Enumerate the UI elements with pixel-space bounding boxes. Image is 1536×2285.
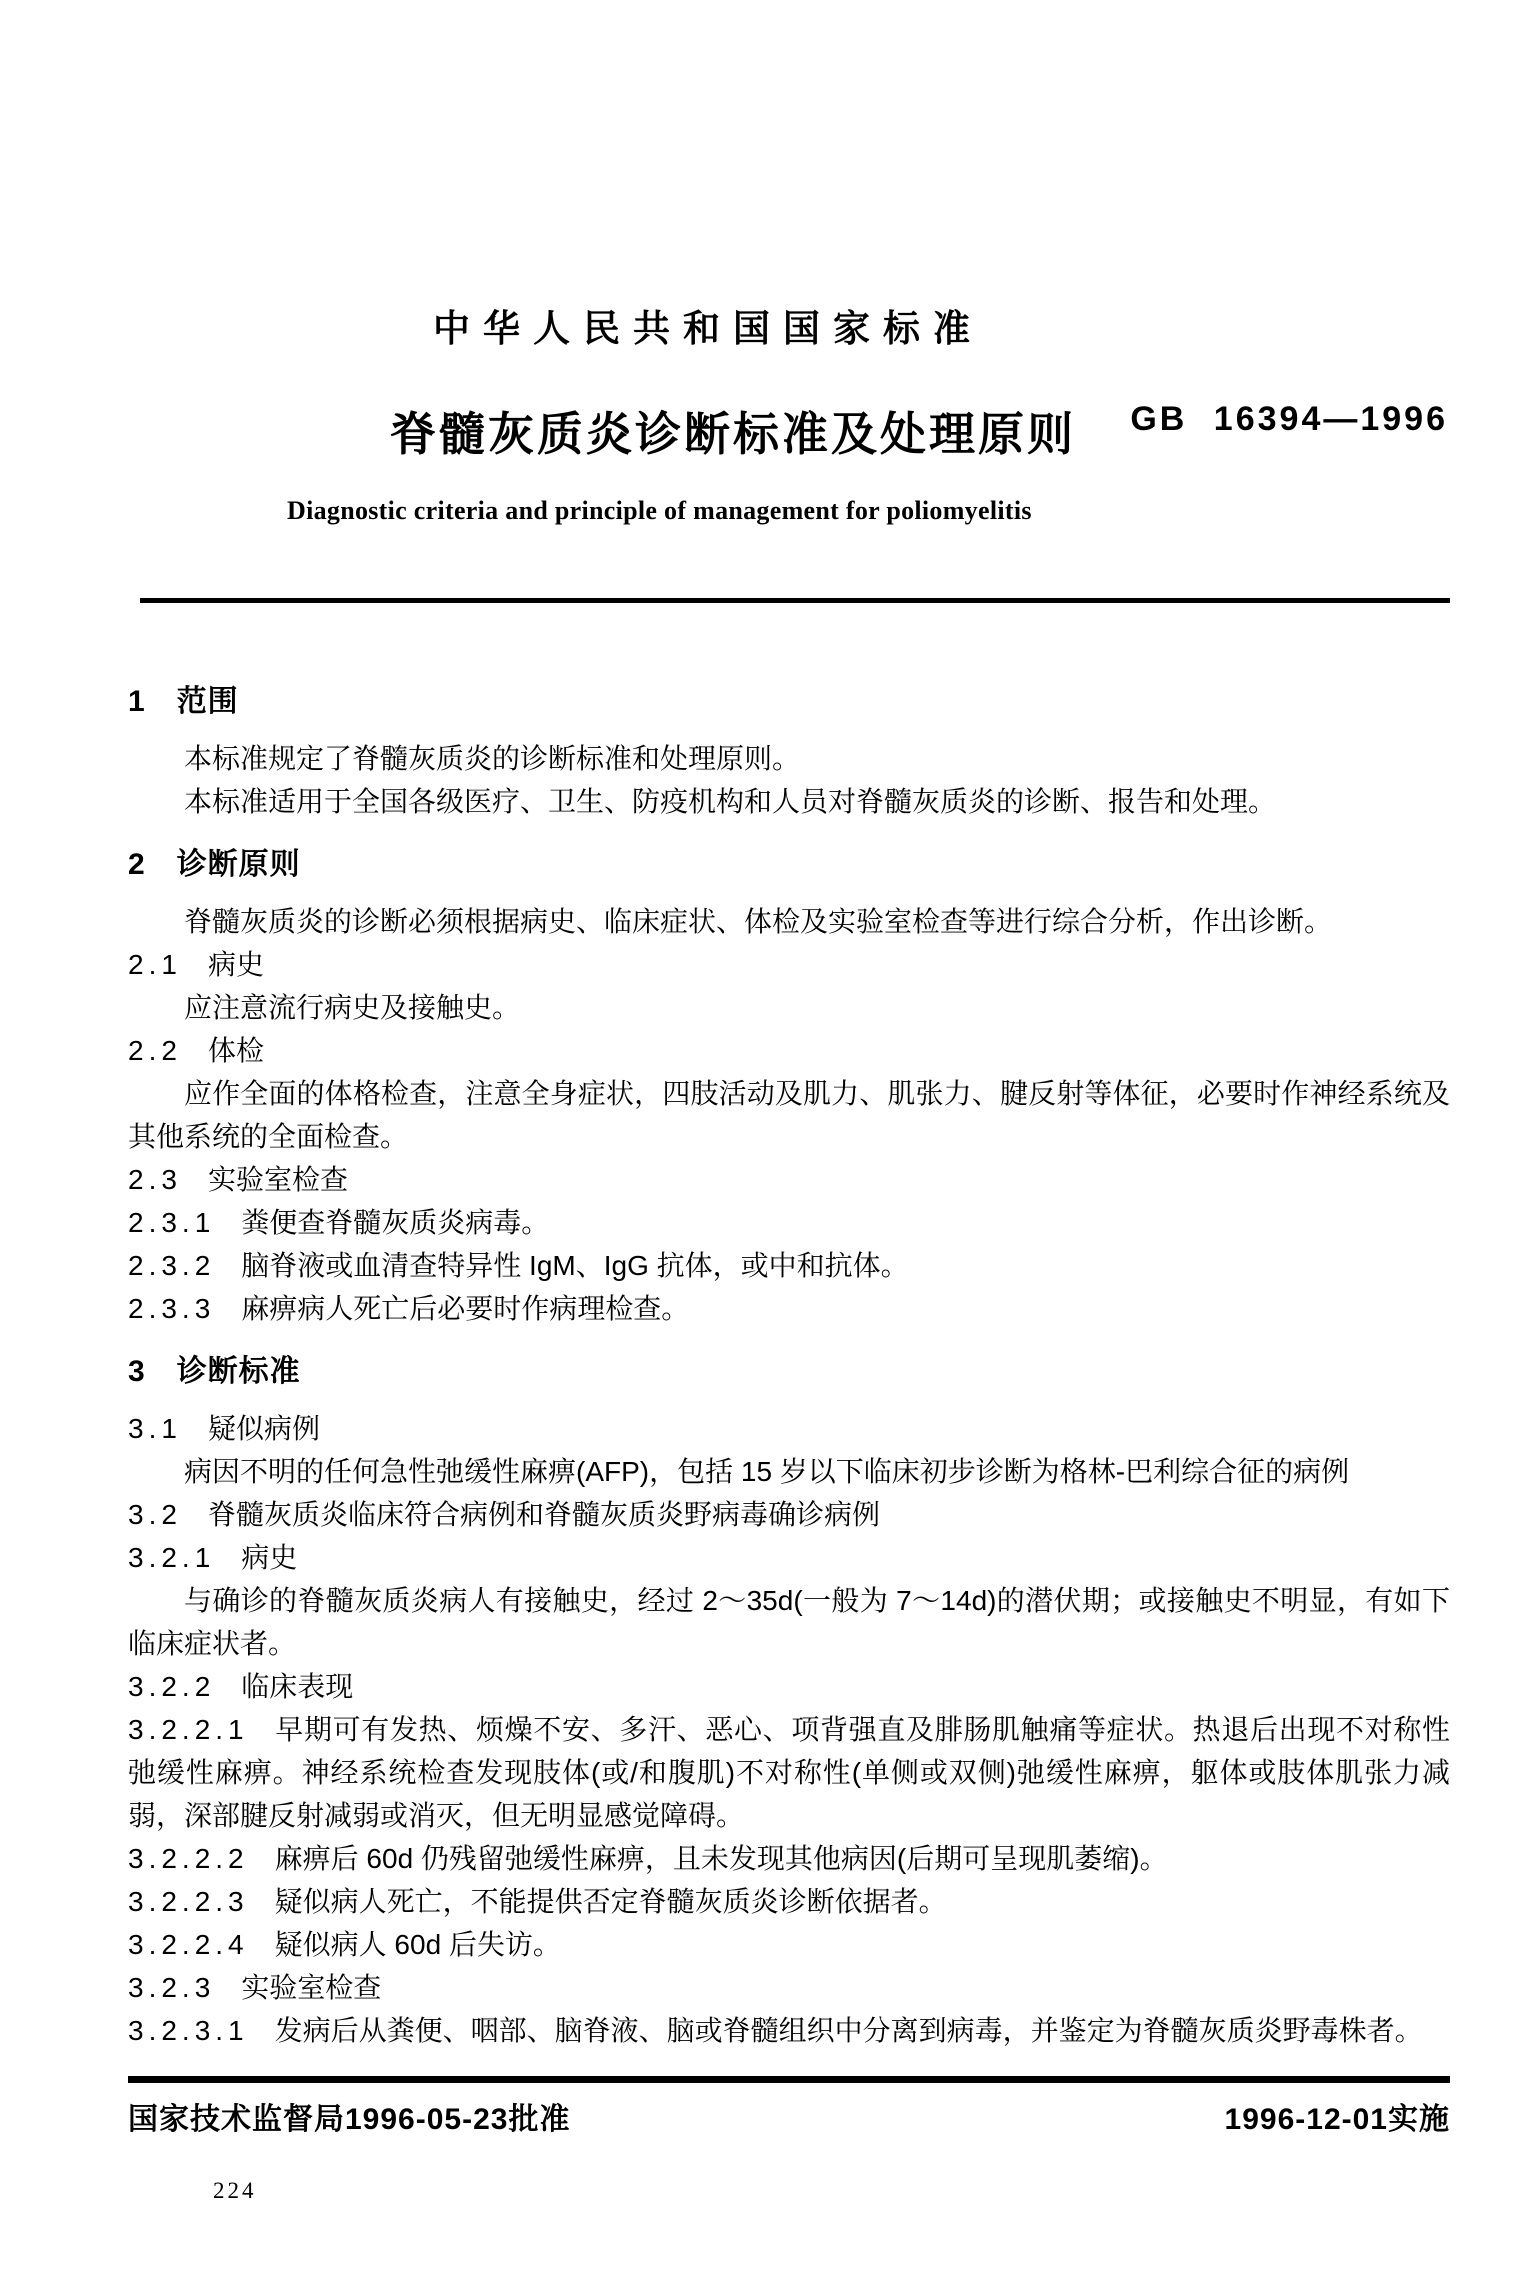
clause-number: 2 — [128, 848, 147, 881]
clause-text: 体检 — [208, 1035, 264, 1066]
paragraph: 本标准规定了脊髓灰质炎的诊断标准和处理原则。 — [128, 737, 1450, 780]
clause-number: 2.1 — [128, 949, 182, 980]
clause-text: 疑似病人死亡，不能提供否定脊髓灰质炎诊断依据者。 — [275, 1886, 947, 1917]
standard-header-title: 中华人民共和国国家标准 — [0, 298, 1536, 352]
clause-line: 2.2体检 — [128, 1029, 1450, 1072]
footer-divider — [128, 2076, 1450, 2083]
clause-number: 3.2.3 — [128, 1972, 215, 2003]
clause-number: 2.3.2 — [128, 1250, 215, 1281]
document-body: 1范围 本标准规定了脊髓灰质炎的诊断标准和处理原则。 本标准适用于全国各级医疗、… — [128, 660, 1450, 2052]
clause-line: 3.2.1病史 — [128, 1536, 1450, 1579]
clause-line: 2.3实验室检查 — [128, 1158, 1450, 1201]
paragraph: 脊髓灰质炎的诊断必须根据病史、临床症状、体检及实验室检查等进行综合分析，作出诊断… — [128, 900, 1450, 943]
clause-line: 3.1疑似病例 — [128, 1407, 1450, 1450]
clause-number: 2.3 — [128, 1164, 182, 1195]
page-number: 224 — [213, 2178, 257, 2204]
clause-text: 实验室检查 — [208, 1164, 348, 1195]
document-page: 中华人民共和国国家标准 脊髓灰质炎诊断标准及处理原则 GB 16394—1996… — [0, 0, 1536, 2285]
clause-line: 3.2.2.3疑似病人死亡，不能提供否定脊髓灰质炎诊断依据者。 — [128, 1880, 1450, 1923]
english-subtitle: Diagnostic criteria and principle of man… — [287, 496, 1032, 526]
clause-text: 病史 — [241, 1542, 297, 1573]
clause-line: 3.2.2临床表现 — [128, 1665, 1450, 1708]
clause-number: 3 — [128, 1355, 147, 1388]
approval-note: 国家技术监督局1996-05-23批准 — [128, 2094, 570, 2138]
clause-number: 2.3.1 — [128, 1207, 215, 1238]
header-divider — [140, 598, 1450, 603]
footer-row: 国家技术监督局1996-05-23批准 1996-12-01实施 — [128, 2094, 1450, 2138]
title-row: 脊髓灰质炎诊断标准及处理原则 GB 16394—1996 — [128, 398, 1448, 464]
clause-text: 诊断标准 — [177, 1355, 301, 1388]
document-title: 脊髓灰质炎诊断标准及处理原则 — [390, 398, 1076, 464]
clause-line: 3.2.3.1发病后从粪便、咽部、脑脊液、脑或脊髓组织中分离到病毒，并鉴定为脊髓… — [128, 2009, 1450, 2052]
clause-line: 2.1病史 — [128, 943, 1450, 986]
clause-number: 3.2.2.2 — [128, 1843, 249, 1874]
section-heading: 1范围 — [128, 680, 1450, 723]
clause-line: 3.2.3实验室检查 — [128, 1966, 1450, 2009]
clause-number: 3.2 — [128, 1499, 182, 1530]
clause-text: 范围 — [177, 685, 239, 718]
clause-line: 3.2.2.1早期可有发热、烦燥不安、多汗、恶心、项背强直及腓肠肌触痛等症状。热… — [128, 1708, 1450, 1837]
paragraph: 应作全面的体格检查，注意全身症状，四肢活动及肌力、肌张力、腱反射等体征，必要时作… — [128, 1072, 1450, 1158]
clause-text: 疑似病例 — [208, 1413, 320, 1444]
clause-text: 实验室检查 — [241, 1972, 381, 2003]
clause-text: 病史 — [208, 949, 264, 980]
clause-number: 1 — [128, 685, 147, 718]
clause-line: 3.2.2.4疑似病人 60d 后失访。 — [128, 1923, 1450, 1966]
clause-text: 麻痹病人死亡后必要时作病理检查。 — [241, 1293, 689, 1324]
paragraph: 病因不明的任何急性弛缓性麻痹(AFP)，包括 15 岁以下临床初步诊断为格林-巴… — [128, 1450, 1450, 1493]
effective-note: 1996-12-01实施 — [1225, 2094, 1450, 2138]
clause-number: 2.2 — [128, 1035, 182, 1066]
paragraph: 与确诊的脊髓灰质炎病人有接触史，经过 2～35d(一般为 7～14d)的潜伏期；… — [128, 1579, 1450, 1665]
clause-line: 2.3.2脑脊液或血清查特异性 IgM、IgG 抗体，或中和抗体。 — [128, 1244, 1450, 1287]
clause-text: 疑似病人 60d 后失访。 — [275, 1929, 561, 1960]
clause-number: 3.2.2.4 — [128, 1929, 249, 1960]
clause-number: 3.2.3.1 — [128, 2015, 249, 2046]
clause-number: 3.1 — [128, 1413, 182, 1444]
clause-number: 3.2.2.1 — [128, 1714, 249, 1745]
clause-text: 早期可有发热、烦燥不安、多汗、恶心、项背强直及腓肠肌触痛等症状。热退后出现不对称… — [128, 1714, 1450, 1831]
clause-line: 3.2.2.2麻痹后 60d 仍残留弛缓性麻痹，且未发现其他病因(后期可呈现肌萎… — [128, 1837, 1450, 1880]
clause-text: 临床表现 — [241, 1671, 353, 1702]
clause-number: 3.2.2 — [128, 1671, 215, 1702]
section-heading: 2诊断原则 — [128, 843, 1450, 886]
standard-code: GB 16394—1996 — [1130, 398, 1448, 439]
clause-line: 2.3.3麻痹病人死亡后必要时作病理检查。 — [128, 1287, 1450, 1330]
clause-text: 麻痹后 60d 仍残留弛缓性麻痹，且未发现其他病因(后期可呈现肌萎缩)。 — [275, 1843, 1168, 1874]
clause-text: 诊断原则 — [177, 848, 301, 881]
clause-line: 3.2脊髓灰质炎临床符合病例和脊髓灰质炎野病毒确诊病例 — [128, 1493, 1450, 1536]
clause-text: 粪便查脊髓灰质炎病毒。 — [241, 1207, 549, 1238]
clause-text: 脊髓灰质炎临床符合病例和脊髓灰质炎野病毒确诊病例 — [208, 1499, 880, 1530]
clause-text: 脑脊液或血清查特异性 IgM、IgG 抗体，或中和抗体。 — [241, 1250, 908, 1281]
clause-number: 3.2.1 — [128, 1542, 215, 1573]
clause-line: 2.3.1粪便查脊髓灰质炎病毒。 — [128, 1201, 1450, 1244]
clause-text: 发病后从粪便、咽部、脑脊液、脑或脊髓组织中分离到病毒，并鉴定为脊髓灰质炎野毒株者… — [275, 2015, 1423, 2046]
paragraph: 本标准适用于全国各级医疗、卫生、防疫机构和人员对脊髓灰质炎的诊断、报告和处理。 — [128, 780, 1450, 823]
paragraph: 应注意流行病史及接触史。 — [128, 986, 1450, 1029]
clause-number: 2.3.3 — [128, 1293, 215, 1324]
section-heading: 3诊断标准 — [128, 1350, 1450, 1393]
clause-number: 3.2.2.3 — [128, 1886, 249, 1917]
